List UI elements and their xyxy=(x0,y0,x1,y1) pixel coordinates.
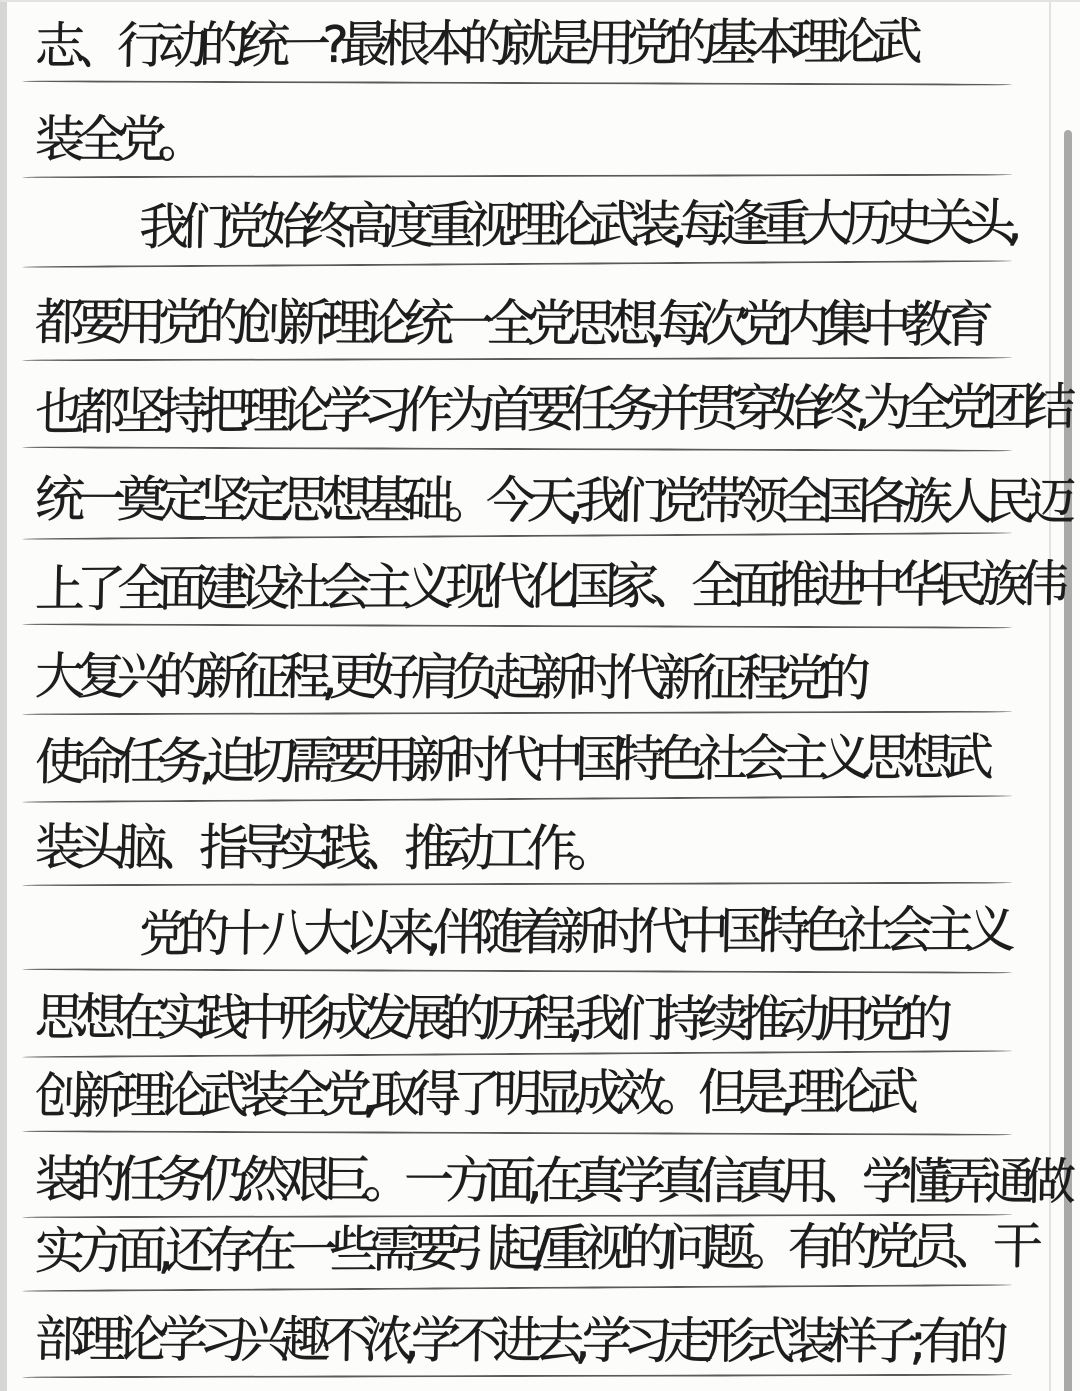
handwritten-text: 装全党。 xyxy=(34,103,199,177)
handwritten-line: 党的十八大以来,伴随着新时代中国特色社会主义 xyxy=(0,894,1080,972)
handwritten-text: 都要用党的创新理论统一全党思想,每次党内集中教育 xyxy=(34,286,985,362)
handwritten-text: 装头脑、指导实践、推动工作。 xyxy=(34,811,609,886)
handwritten-text: 统一奠定坚定思想基础。今天,我们党带领全国各族人民迈 xyxy=(34,463,1067,540)
handwritten-text: 创新理论武装全党,取得了明显成效。但是,理论武 xyxy=(34,1055,910,1134)
handwritten-text: 志、行动的统一?最根本的就是用党的基本理论武 xyxy=(34,5,914,84)
handwritten-line: 实方面,还存在一些需要引起/重视的问题。有的党员、干 xyxy=(0,1211,1080,1289)
handwritten-line: 也都坚持把理论学习作为首要任务并贯穿始终,为全党团结 xyxy=(0,372,1080,450)
handwritten-text: 使命任务,迫切需要用新时代中国特色社会主义思想武 xyxy=(34,721,985,800)
handwritten-line: 使命任务,迫切需要用新时代中国特色社会主义思想武 xyxy=(0,722,1080,800)
handwritten-line: 都要用党的创新理论统一全党思想,每次党内集中教育 xyxy=(0,282,1080,360)
handwritten-text: 大复兴的新征程,更好肩负起新时代新征程党的 xyxy=(34,640,862,716)
handwritten-line: 统一奠定坚定思想基础。今天,我们党带领全国各族人民迈 xyxy=(0,459,1080,537)
handwritten-text: 装的任务仍然艰巨。一方面,在真学真信真用、学懂弄通做 xyxy=(34,1143,1067,1220)
handwritten-text: 部理论学习兴趣不浓,学不进去,学习走形式装样子;有的 xyxy=(34,1303,1000,1380)
handwritten-text: 也都坚持把理论学习作为首要任务并贯穿始终,为全党团结 xyxy=(34,371,1067,450)
photo-left-edge xyxy=(0,2,7,1391)
handwritten-text: 上了全面建设社会主义现代化国家、全面推进中华民族伟 xyxy=(34,548,1061,627)
handwritten-line: 上了全面建设社会主义现代化国家、全面推进中华民族伟 xyxy=(0,549,1080,627)
handwritten-line: 我们党始终高度重视理论武装,每逢重大历史关头, xyxy=(0,187,1080,265)
handwritten-text: 党的十八大以来,伴随着新时代中国特色社会主义 xyxy=(138,893,1007,972)
notebook-page: 志、行动的统一?最根本的就是用党的基本理论武 装全党。 我们党始终高度重视理论武… xyxy=(0,0,1080,1391)
handwritten-line: 装全党。 xyxy=(0,99,1080,177)
handwritten-line: 思想在实践中形成发展的历程,我们持续推动用党的 xyxy=(0,977,1080,1055)
handwritten-line: 志、行动的统一?最根本的就是用党的基本理论武 xyxy=(0,6,1080,84)
handwritten-line: 部理论学习兴趣不浓,学不进去,学习走形式装样子;有的 xyxy=(0,1299,1080,1377)
handwritten-line: 装头脑、指导实践、推动工作。 xyxy=(0,807,1080,885)
handwritten-text: 实方面,还存在一些需要引起/重视的问题。有的党员、干 xyxy=(34,1210,1034,1289)
handwritten-line: 创新理论武装全党,取得了明显成效。但是,理论武 xyxy=(0,1056,1080,1134)
handwritten-text: 我们党始终高度重视理论武装,每逢重大历史关头, xyxy=(138,186,1014,265)
handwritten-line: 装的任务仍然艰巨。一方面,在真学真信真用、学懂弄通做 xyxy=(0,1139,1080,1217)
handwritten-text: 思想在实践中形成发展的历程,我们持续推动用党的 xyxy=(34,981,944,1057)
handwritten-line: 大复兴的新征程,更好肩负起新时代新征程党的 xyxy=(0,636,1080,714)
